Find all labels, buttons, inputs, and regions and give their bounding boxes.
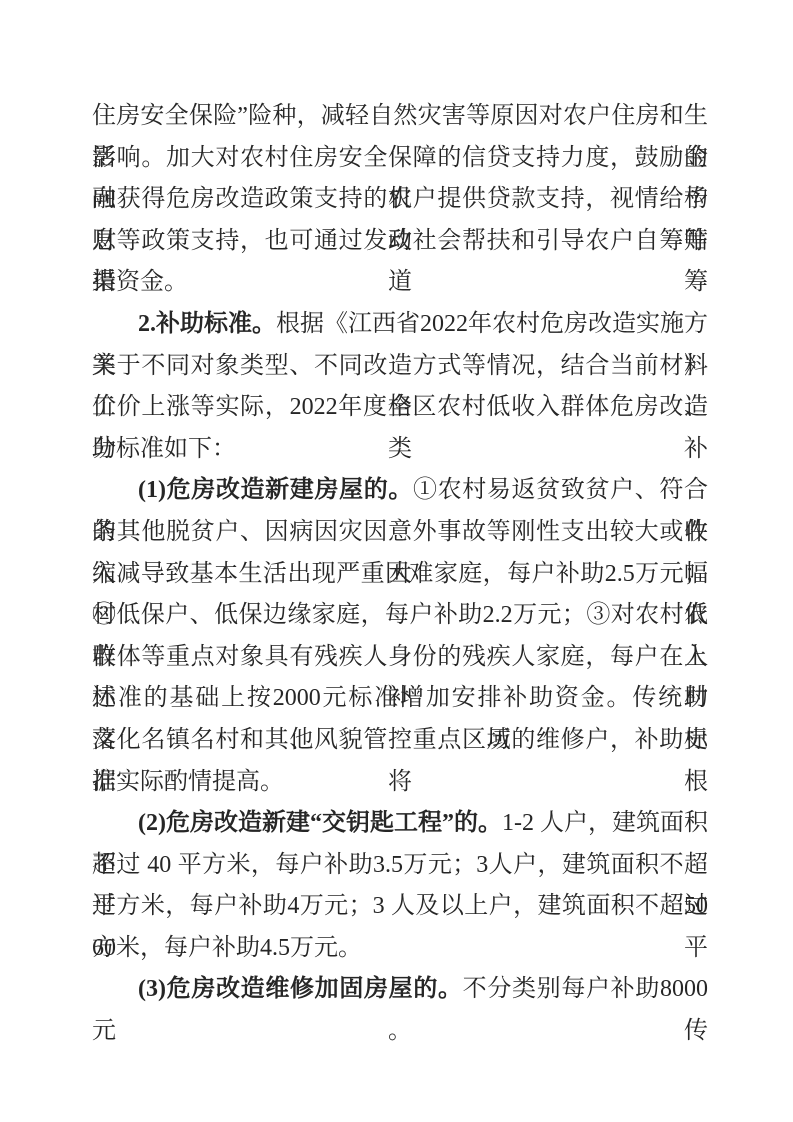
- document-line: (2)危房改造新建“交钥匙工程”的。1-2 人户，建筑面积不: [92, 803, 708, 845]
- heading-text-segment: (3)危房改造维修加固房屋的。: [138, 976, 463, 1002]
- document-page: 住房安全保险”险种，减轻自然灾害等原因对农户住房和生活的影响。加大对农村住房安全…: [0, 0, 793, 1122]
- body-text-segment: 助标准如下：: [92, 436, 236, 462]
- document-line: 平方米，每户补助4万元；3 人及以上户，建筑面积不超过 60 平: [92, 886, 708, 928]
- heading-text-segment: (1)危房改造新建房屋的。: [138, 477, 413, 503]
- document-line: 工价上涨等实际，2022年度全区农村低收入群体危房改造分类补: [92, 387, 708, 429]
- body-text-segment: 据实际酌情提高。: [92, 769, 284, 795]
- document-line: 影响。加大对农村住房安全保障的信贷支持力度，鼓励金融机构: [92, 138, 708, 180]
- document-line: 标准的基础上按2000元标准增加安排补助资金。传统村落、历史: [92, 678, 708, 720]
- body-text-segment: 措资金。: [92, 269, 188, 295]
- document-line: (1)危房改造新建房屋的。①农村易返贫致贫户、符合条件: [92, 470, 708, 512]
- document-line: 群体等重点对象具有残疾人身份的残疾人家庭，每户在上述补助: [92, 637, 708, 679]
- body-text-segment: 方米，每户补助4.5万元。: [92, 935, 362, 961]
- heading-text-segment: 2.补助标准。: [138, 311, 276, 337]
- document-line: 息等政策支持，也可通过发动社会帮扶和引导农户自筹等渠道筹: [92, 221, 708, 263]
- document-line: 关于不同对象类型、不同改造方式等情况，结合当前材料价格、: [92, 346, 708, 388]
- document-line: 文化名镇名村和其他风貌管控重点区域的维修户，补助标准将根: [92, 720, 708, 762]
- document-text-block: 住房安全保险”险种，减轻自然灾害等原因对农户住房和生活的影响。加大对农村住房安全…: [92, 96, 708, 1011]
- heading-text-segment: (2)危房改造新建“交钥匙工程”的。: [138, 810, 502, 836]
- document-line: (3)危房改造维修加固房屋的。不分类别每户补助8000元。传: [92, 969, 708, 1011]
- document-line: 向获得危房改造政策支持的农户提供贷款支持，视情给予财政贴: [92, 179, 708, 221]
- document-line: 村低保户、低保边缘家庭，每户补助2.2万元；③对农村低收入: [92, 595, 708, 637]
- document-line: 住房安全保险”险种，减轻自然灾害等原因对农户住房和生活的: [92, 96, 708, 138]
- document-line: 的其他脱贫户、因病因灾因意外事故等刚性支出较大或收入大幅: [92, 512, 708, 554]
- document-line: 超过 40 平方米，每户补助3.5万元；3人户，建筑面积不超过 50: [92, 845, 708, 887]
- document-line: 缩减导致基本生活出现严重困难家庭，每户补助2.5万元；②农: [92, 554, 708, 596]
- document-line: 2.补助标准。根据《江西省2022年农村危房改造实施方案》: [92, 304, 708, 346]
